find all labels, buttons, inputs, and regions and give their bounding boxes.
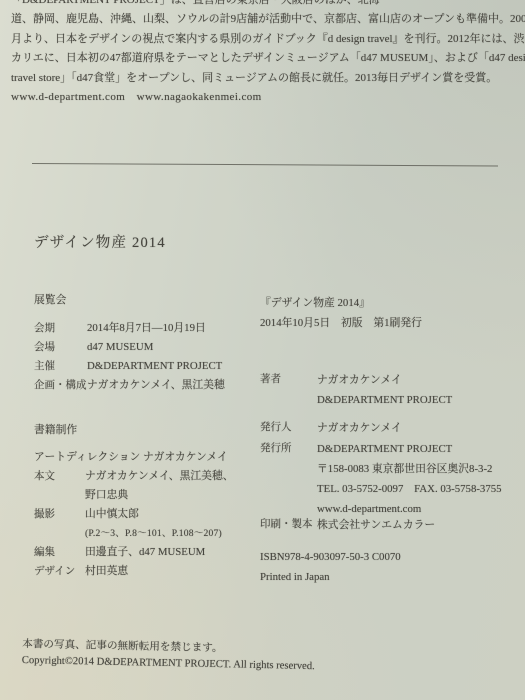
publisher-person-row: 発行人 ナガオカケンメイ bbox=[260, 418, 502, 438]
row-label: 本文 bbox=[34, 467, 85, 505]
publisher-phone: TEL. 03-5752-0097 FAX. 03-5758-3755 bbox=[317, 479, 502, 499]
row-value: ナガオカケンメイ D&DEPARTMENT PROJECT bbox=[317, 370, 452, 410]
credit-row: 撮影 山中慎太郎 (P.2〜3、P.8〜101、P.108〜207) bbox=[34, 505, 234, 543]
book-production-section: 書籍制作 アートディレクション ナガオカケンメイ 本文 ナガオカケンメイ、黒江美… bbox=[34, 421, 234, 581]
row-value: 田邊直子、d47 MUSEUM bbox=[85, 543, 205, 562]
colophon-section: 『デザイン物産 2014』 2014年10月5日 初版 第1刷発行 著者 ナガオ… bbox=[260, 293, 502, 587]
printed-in-japan: Printed in Japan bbox=[260, 567, 502, 587]
row-value: ナガオカケンメイ、黒江美穂 bbox=[87, 376, 225, 395]
bio-line: 「D&DEPARTMENT PROJECT」は、直営店の東京店・大阪店のほか、北… bbox=[11, 0, 517, 10]
exhibition-section: 展覧会 会期 2014年8月7日―10月19日 会場 d47 MUSEUM 主催… bbox=[34, 291, 225, 395]
row-label: 編集 bbox=[34, 543, 85, 562]
row-label: 印刷・製本 bbox=[260, 515, 317, 535]
row-label: 発行所 bbox=[260, 439, 317, 519]
bio-line: カリエに、日本初の47都道府県をテーマとしたデザインミュージアム「d47 MUS… bbox=[11, 49, 517, 68]
author-row: 著者 ナガオカケンメイ D&DEPARTMENT PROJECT bbox=[260, 370, 502, 410]
page-title: デザイン物産 2014 bbox=[34, 231, 166, 252]
exhibition-row: 会期 2014年8月7日―10月19日 bbox=[34, 319, 225, 338]
credit-page-range: (P.2〜3、P.8〜101、P.108〜207) bbox=[85, 524, 222, 543]
bio-paragraph: 「D&DEPARTMENT PROJECT」は、直営店の東京店・大阪店のほか、北… bbox=[11, 0, 517, 107]
exhibition-row: 企画・構成 ナガオカケンメイ、黒江美穂 bbox=[34, 376, 225, 395]
credit-row: 編集 田邊直子、d47 MUSEUM bbox=[34, 543, 234, 562]
exhibition-row: 会場 d47 MUSEUM bbox=[34, 338, 225, 357]
row-value: 株式会社サンエムカラー bbox=[317, 515, 435, 535]
row-value: D&DEPARTMENT PROJECT bbox=[87, 357, 222, 376]
isbn-line: ISBN978-4-903097-50-3 C0070 bbox=[260, 547, 502, 567]
row-value: ナガオカケンメイ、黒江美穂、 野口忠典 bbox=[85, 467, 234, 505]
art-direction-credit: アートディレクション ナガオカケンメイ bbox=[34, 448, 234, 467]
exhibition-row: 主催 D&DEPARTMENT PROJECT bbox=[34, 357, 225, 376]
exhibition-heading: 展覧会 bbox=[34, 291, 225, 310]
bio-line: travel store」「d47食堂」をオープンし、同ミュージアムの館長に就任… bbox=[11, 69, 517, 88]
credit-line: ナガオカケンメイ、黒江美穂、 bbox=[85, 467, 234, 486]
website-urls: www.d-department.com www.nagaokakenmei.c… bbox=[11, 88, 517, 107]
row-value: 山中慎太郎 (P.2〜3、P.8〜101、P.108〜207) bbox=[85, 505, 222, 543]
author-line: D&DEPARTMENT PROJECT bbox=[317, 390, 452, 410]
row-value: d47 MUSEUM bbox=[87, 338, 153, 357]
row-value: 2014年8月7日―10月19日 bbox=[87, 319, 206, 338]
row-value: 村田英恵 bbox=[85, 562, 128, 581]
row-value: D&DEPARTMENT PROJECT 〒158-0083 東京都世田谷区奥沢… bbox=[317, 439, 502, 519]
publisher-line: D&DEPARTMENT PROJECT bbox=[317, 439, 502, 459]
row-label: 著者 bbox=[260, 370, 317, 410]
publisher-row: 発行所 D&DEPARTMENT PROJECT 〒158-0083 東京都世田… bbox=[260, 439, 502, 519]
credit-line: 山中慎太郎 bbox=[85, 505, 222, 524]
row-value: ナガオカケンメイ bbox=[317, 418, 402, 438]
row-label: 会期 bbox=[34, 319, 87, 338]
colophon-book-title: 『デザイン物産 2014』 bbox=[260, 293, 502, 313]
author-line: ナガオカケンメイ bbox=[317, 370, 452, 390]
row-label: 会場 bbox=[34, 338, 87, 357]
row-label: 主催 bbox=[34, 357, 87, 376]
bio-line: 道、静岡、鹿児島、沖縄、山梨、ソウルの計9店舗が活動中で、京都店、富山店のオープ… bbox=[11, 10, 517, 29]
row-label: 発行人 bbox=[260, 418, 317, 438]
credit-row: 本文 ナガオカケンメイ、黒江美穂、 野口忠典 bbox=[34, 467, 234, 505]
book-colophon-page: 「D&DEPARTMENT PROJECT」は、直営店の東京店・大阪店のほか、北… bbox=[0, 0, 525, 700]
row-label: デザイン bbox=[34, 562, 85, 581]
row-label: 企画・構成 bbox=[34, 376, 87, 395]
copyright-footer: 本書の写真、記事の無断転用を禁じます。 Copyright©2014 D&DEP… bbox=[22, 637, 316, 674]
publisher-address: 〒158-0083 東京都世田谷区奥沢8-3-2 bbox=[317, 459, 502, 479]
credit-line: 野口忠典 bbox=[85, 486, 234, 505]
book-production-heading: 書籍制作 bbox=[34, 421, 234, 440]
edition-line: 2014年10月5日 初版 第1刷発行 bbox=[260, 313, 502, 333]
divider-rule bbox=[32, 163, 498, 166]
bio-line: 月より、日本をデザインの視点で案内する県別のガイドブック『d design tr… bbox=[11, 30, 517, 49]
credit-row: デザイン 村田英恵 bbox=[34, 562, 234, 581]
row-label: 撮影 bbox=[34, 505, 85, 543]
